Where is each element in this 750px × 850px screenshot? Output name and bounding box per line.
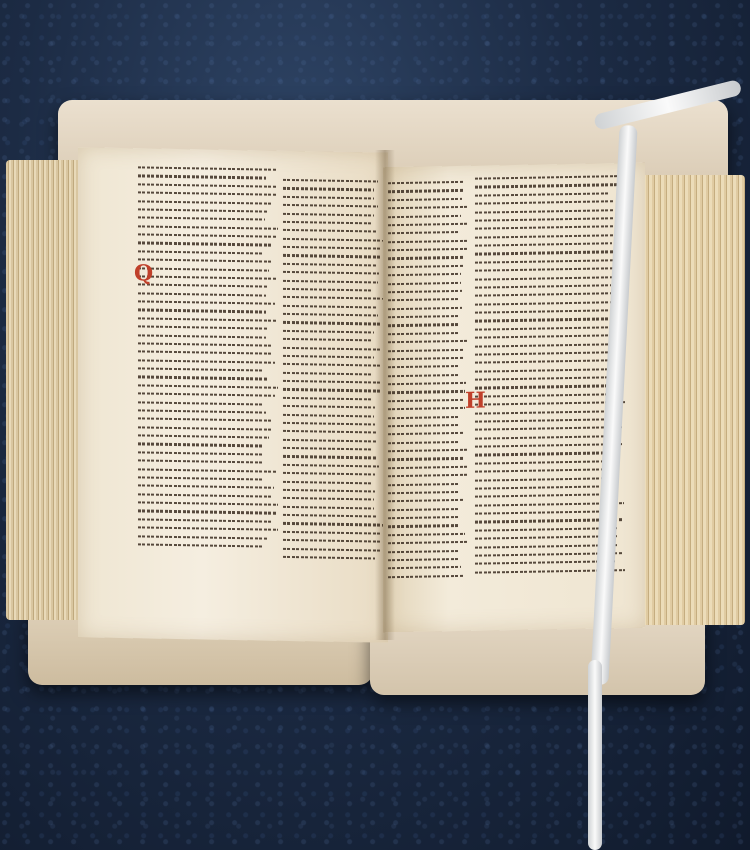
manuscript-left-page: Q xyxy=(78,147,388,642)
script-line xyxy=(475,293,611,298)
script-line xyxy=(138,434,269,438)
script-line xyxy=(138,451,262,455)
script-line xyxy=(283,489,375,493)
script-line xyxy=(138,342,271,347)
script-line xyxy=(283,263,377,267)
script-line xyxy=(388,474,468,478)
script-line xyxy=(283,413,374,417)
script-line xyxy=(138,300,275,305)
script-line xyxy=(475,284,611,289)
script-line xyxy=(283,422,375,426)
page-block-left-edge xyxy=(6,160,80,620)
script-line xyxy=(475,259,616,264)
script-line xyxy=(475,560,615,565)
script-line xyxy=(283,304,377,308)
script-line xyxy=(388,566,461,569)
script-line xyxy=(475,175,625,180)
script-line xyxy=(475,385,621,390)
page-block-right-edge xyxy=(640,175,745,625)
red-initial-h: H xyxy=(465,387,486,413)
script-line xyxy=(138,535,267,539)
script-line xyxy=(388,415,458,418)
script-line xyxy=(388,214,461,217)
script-line xyxy=(388,265,463,268)
script-line xyxy=(388,307,462,310)
script-line xyxy=(138,501,278,506)
script-line xyxy=(388,432,463,435)
script-line xyxy=(283,355,374,359)
script-line xyxy=(138,426,272,431)
script-line xyxy=(283,397,371,401)
script-line xyxy=(138,510,276,515)
script-line xyxy=(138,459,264,463)
script-line xyxy=(388,198,462,201)
script-line xyxy=(388,424,459,427)
script-line xyxy=(388,399,464,403)
script-line xyxy=(283,330,374,334)
script-line xyxy=(283,221,372,225)
script-line xyxy=(283,296,383,300)
script-line xyxy=(388,231,460,234)
script-line xyxy=(138,376,268,380)
script-line xyxy=(475,343,624,348)
script-line xyxy=(388,189,463,192)
script-line xyxy=(388,374,460,377)
script-line xyxy=(283,338,372,342)
script-line xyxy=(283,455,377,459)
script-line xyxy=(388,181,463,185)
script-line xyxy=(138,225,278,230)
script-line xyxy=(475,477,611,482)
script-line xyxy=(475,360,608,365)
script-line xyxy=(283,388,381,392)
script-line xyxy=(475,334,608,339)
script-line xyxy=(475,267,624,272)
script-line xyxy=(475,401,625,406)
script-line xyxy=(283,313,378,317)
script-line xyxy=(283,371,373,375)
script-line xyxy=(388,365,459,368)
script-line xyxy=(475,326,608,331)
script-line xyxy=(475,192,610,197)
script-line xyxy=(388,482,458,485)
script-line xyxy=(283,254,381,258)
script-line xyxy=(475,368,618,373)
script-line xyxy=(475,217,614,222)
script-line xyxy=(388,323,460,326)
script-line xyxy=(283,321,381,325)
script-line xyxy=(138,485,274,490)
script-line xyxy=(388,549,459,552)
script-line xyxy=(283,346,382,350)
script-line xyxy=(138,476,262,480)
script-line xyxy=(283,237,383,241)
script-line xyxy=(475,184,620,189)
script-line xyxy=(138,267,269,271)
left-page-column-1 xyxy=(138,166,278,554)
script-line xyxy=(283,229,376,233)
script-line xyxy=(138,317,276,322)
book-gutter xyxy=(375,150,395,640)
script-line xyxy=(475,452,609,457)
script-line xyxy=(475,410,617,415)
script-line xyxy=(388,348,464,352)
script-line xyxy=(138,543,264,547)
script-line xyxy=(475,234,616,239)
script-line xyxy=(138,208,268,212)
script-line xyxy=(475,468,619,473)
script-line xyxy=(475,200,613,205)
red-initial-q: Q xyxy=(134,260,153,286)
script-line xyxy=(138,526,278,531)
script-line xyxy=(283,438,377,442)
script-line xyxy=(388,457,464,461)
script-line xyxy=(283,556,375,560)
script-line xyxy=(138,401,263,405)
script-line xyxy=(475,435,618,440)
script-line xyxy=(475,318,610,323)
script-line xyxy=(283,430,377,434)
script-line xyxy=(283,505,374,509)
script-line xyxy=(475,493,619,498)
script-line xyxy=(138,191,276,196)
script-line xyxy=(475,418,608,423)
script-line xyxy=(283,196,374,200)
script-line xyxy=(138,166,276,171)
script-line xyxy=(388,315,460,318)
script-line xyxy=(283,279,378,283)
script-line xyxy=(475,426,622,431)
script-line xyxy=(388,390,465,394)
script-line xyxy=(138,518,273,523)
script-line xyxy=(283,405,375,409)
script-line xyxy=(388,357,464,361)
script-line xyxy=(475,443,622,448)
script-line xyxy=(475,226,614,231)
script-line xyxy=(475,309,614,314)
script-line xyxy=(388,340,467,344)
script-line xyxy=(138,418,271,423)
script-line xyxy=(475,242,612,247)
script-line xyxy=(283,380,382,384)
script-line xyxy=(138,250,264,254)
script-line xyxy=(475,209,613,214)
script-line xyxy=(283,514,377,518)
script-line xyxy=(388,499,463,503)
script-line xyxy=(283,204,378,208)
script-line xyxy=(138,443,262,447)
script-line xyxy=(388,223,468,227)
script-line xyxy=(475,301,620,306)
script-line xyxy=(138,258,272,263)
script-line xyxy=(388,281,461,284)
script-line xyxy=(388,290,462,293)
script-line xyxy=(138,334,266,338)
script-line xyxy=(283,539,381,543)
script-line xyxy=(283,531,382,535)
script-line xyxy=(138,217,265,221)
script-line xyxy=(475,351,608,356)
script-line xyxy=(283,472,375,476)
script-line xyxy=(388,508,460,511)
script-line xyxy=(138,384,278,389)
script-line xyxy=(388,533,465,537)
script-line xyxy=(388,441,460,444)
script-line xyxy=(475,376,607,380)
script-line xyxy=(388,256,463,260)
script-line xyxy=(388,516,459,519)
script-line xyxy=(388,524,460,527)
script-line xyxy=(138,309,266,313)
script-line xyxy=(475,460,611,465)
script-line xyxy=(138,468,277,473)
script-line xyxy=(475,251,617,256)
script-line xyxy=(388,273,461,276)
script-line xyxy=(138,200,272,205)
script-line xyxy=(283,363,380,367)
script-line xyxy=(388,407,465,411)
script-line xyxy=(388,449,468,453)
script-line xyxy=(475,485,614,490)
script-line xyxy=(138,409,266,413)
script-line xyxy=(283,497,374,501)
script-line xyxy=(283,464,379,468)
right-page-column-1 xyxy=(388,181,468,584)
left-page-column-2 xyxy=(283,179,383,566)
script-line xyxy=(475,510,610,515)
script-line xyxy=(283,522,383,526)
script-line xyxy=(388,466,468,470)
script-line xyxy=(283,447,373,451)
script-line xyxy=(283,212,374,216)
script-line xyxy=(388,206,467,210)
script-line xyxy=(283,480,372,484)
script-line xyxy=(138,284,268,288)
script-line xyxy=(138,325,268,329)
script-line xyxy=(283,547,382,551)
script-line xyxy=(388,248,467,252)
script-line xyxy=(388,239,467,243)
script-line xyxy=(283,246,381,250)
script-line xyxy=(138,493,272,498)
script-line xyxy=(283,187,374,191)
script-line xyxy=(475,276,622,281)
script-line xyxy=(283,271,379,275)
script-line xyxy=(138,242,271,247)
script-line xyxy=(388,575,463,578)
snake-weight-cord-tail xyxy=(588,660,602,850)
script-line xyxy=(388,541,467,545)
script-line xyxy=(138,351,272,356)
script-line xyxy=(138,175,266,179)
script-line xyxy=(138,292,266,296)
script-line xyxy=(388,491,458,494)
script-line xyxy=(138,233,276,238)
script-line xyxy=(388,332,459,335)
script-line xyxy=(388,382,466,386)
script-line xyxy=(475,393,609,398)
script-line xyxy=(283,179,378,183)
script-line xyxy=(388,298,460,301)
script-line xyxy=(138,392,275,397)
script-line xyxy=(475,527,618,532)
script-line xyxy=(283,288,373,292)
script-line xyxy=(388,558,459,561)
script-line xyxy=(138,367,263,371)
script-line xyxy=(138,359,275,364)
script-line xyxy=(138,275,277,280)
script-line xyxy=(138,183,276,188)
